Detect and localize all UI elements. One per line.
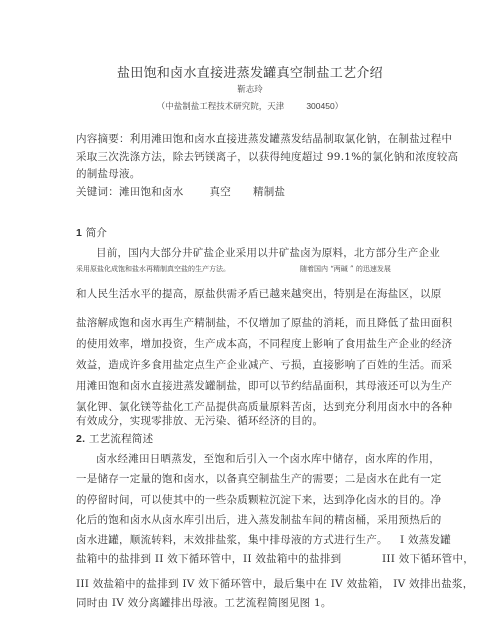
- paragraph-line: 和人民生活水平的提高，原盐供需矛盾已越来越突出，特别是在海盐区，以原: [76, 289, 442, 300]
- paragraph-line: III 效盐箱中的盐排到 IV 效下循环管中，最后集中在 IV 效盐箱， IV …: [76, 579, 474, 590]
- abstract-line: 内容摘要：利用滩田饱和卤水直接进蒸发罐蒸发结晶制取氯化钠，在制盐过程中: [76, 134, 452, 145]
- paragraph-line: 卤水进罐，顺流转料，末效排盐浆，集中排母液的方式进行生产。: [76, 535, 388, 546]
- paragraph-line-small: 采用原盐化成饱和盐水再精制真空盐的生产方法。: [76, 266, 230, 273]
- paragraph-line: 用滩田饱和卤水直接进蒸发罐制盐，即可以节约结晶面积，其母液还可以为生产: [76, 381, 452, 392]
- paragraph-line: II 效盐箱中的盐排到: [243, 554, 341, 565]
- paragraph-line: 一是储存一定量的饱和卤水，以备真空制盐生产的需要；二是卤水在此有一定: [76, 474, 442, 485]
- paper-title: 盐田饱和卤水直接进蒸发罐真空制盐工艺介绍: [0, 67, 500, 80]
- abstract-line: 的制盐母液。: [76, 169, 141, 180]
- keyword: 真空: [210, 186, 232, 198]
- section-title: 工艺流程简述: [89, 433, 154, 445]
- paragraph-line: 同时由 IV 效分离罐排出母液。工艺流程简图见图 1。: [76, 598, 332, 609]
- paragraph-line: 的使用效率，增加投资，生产成本高，不同程度上影响了食用盐生产企业的经济: [76, 339, 452, 350]
- section-title: 简介: [86, 227, 108, 239]
- abstract-line: 采取三次洗涤方法，除去钙镁离子，以获得纯度超过 99.1%的氯化钠和浓度较高: [76, 152, 458, 163]
- section-heading: 2. 工艺流程简述: [76, 434, 153, 445]
- keywords: 关键词：滩田饱和卤水真空精制盐: [76, 187, 285, 198]
- paragraph-line: 卤水经滩田日晒蒸发，至饱和后引入一个卤水库中储存，卤水库的作用，: [96, 454, 440, 465]
- paragraph-line: 目前，国内大部分井矿盐企业采用以井矿盐卤为原料，北方部分生产企业: [96, 248, 440, 259]
- affiliation-text: （中盐制盐工程技术研究院，天津: [157, 102, 285, 112]
- author-name: 靳志玲: [0, 86, 500, 95]
- paragraph-line-small: 随着国内 “两碱 ” 的迅速发展: [300, 266, 391, 273]
- paragraph-line: III 效下循环管中，: [382, 554, 474, 565]
- paragraph-line: 盐溶解成饱和卤水再生产精制盐，不仅增加了原盐的消耗，而且降低了盐田面积: [76, 318, 452, 329]
- paragraph-line: 盐箱中的盐排到 II 效下循环管中，: [76, 554, 242, 565]
- paragraph-line: 效益，造成许多食用盐定点生产企业减产、亏损，直接影响了百姓的生活。而采: [76, 360, 452, 371]
- affiliation: （中盐制盐工程技术研究院，天津300450）: [0, 102, 500, 112]
- paragraph-line: 化后的饱和卤水从卤水库引出后，进入蒸发制盐车间的精卤桶，采用预热后的: [76, 515, 442, 526]
- section-heading: 1 简介: [76, 228, 107, 239]
- section-number: 2.: [76, 433, 85, 445]
- paragraph-line: 氯化钾、氯化镁等盐化工产品提供高质量原料苦卤，达到充分利用卤水中的各种: [76, 402, 452, 413]
- paragraph-line: 的停留时间，可以使其中的一些杂质颗粒沉淀下来，达到净化卤水的目的。净: [76, 495, 442, 506]
- postcode: 300450）: [306, 101, 343, 111]
- keywords-label: 关键词：滩田饱和卤水: [76, 186, 184, 198]
- paragraph-line: 有效成分，实现零排放、无污染、循环经济的目的。: [76, 416, 323, 427]
- keyword: 精制盐: [253, 186, 285, 198]
- section-number: 1: [76, 227, 82, 239]
- paragraph-line: I 效蒸发罐: [400, 535, 451, 546]
